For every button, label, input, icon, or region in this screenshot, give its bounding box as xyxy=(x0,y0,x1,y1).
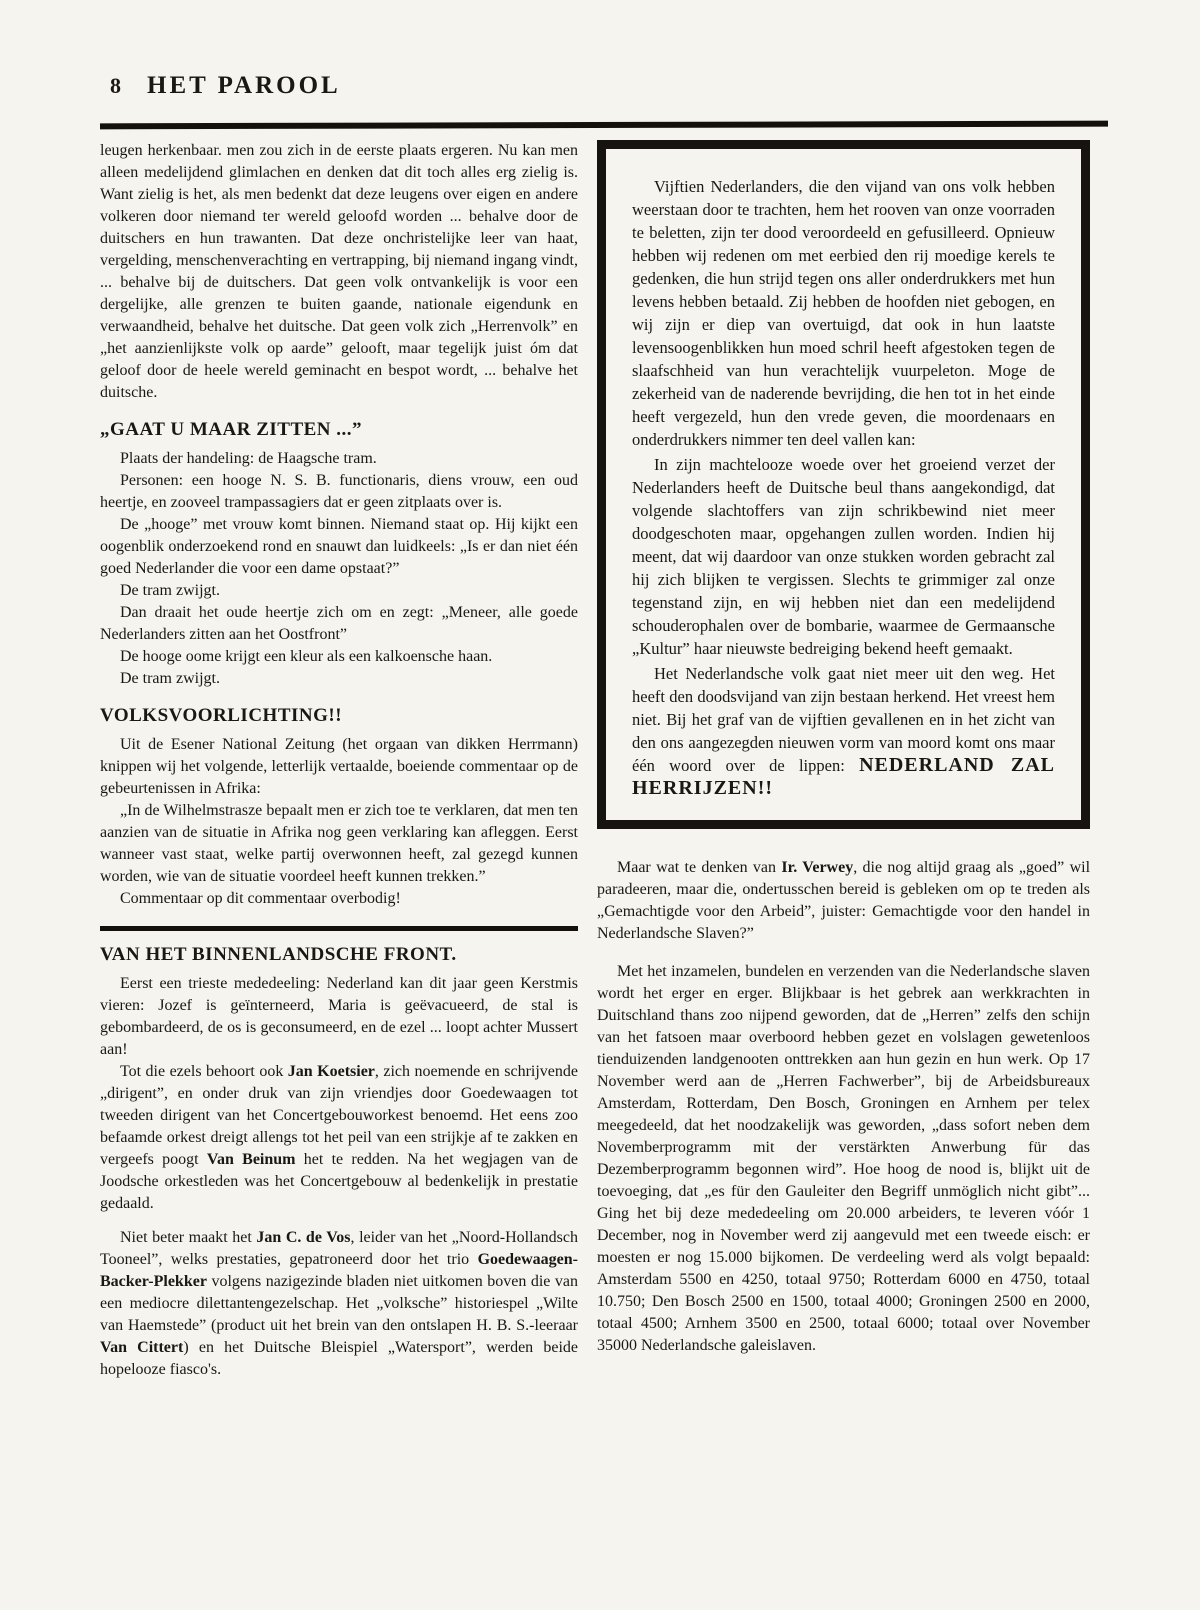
masthead-title: HET PAROOL xyxy=(147,72,341,100)
text-run: Tot die ezels behoort ook xyxy=(120,1063,288,1080)
name-jan-koetsier: Jan Koetsier xyxy=(288,1063,375,1080)
page-header: 8 HET PAROOL xyxy=(110,72,341,100)
paragraph-personen: Personen: een hooge N. S. B. functionari… xyxy=(100,470,578,514)
paragraph-vijftien-nederlanders: Vijftien Nederlanders, die den vijand va… xyxy=(632,175,1055,451)
paragraph-plaats: Plaats der handeling: de Haagsche tram. xyxy=(100,448,578,470)
paragraph-slavenhandel: Met het inzamelen, bundelen en verzenden… xyxy=(597,961,1090,1357)
paragraph-wilhelmstrasze-citaat: „In de Wilhelmstrasze bepaalt men er zic… xyxy=(100,800,578,888)
newspaper-page: 8 HET PAROOL leugen herkenbaar. men zou … xyxy=(0,0,1200,1610)
paragraph-machtelooze-woede: In zijn machtelooze woede over het groei… xyxy=(632,453,1055,660)
right-column: Vijftien Nederlanders, die den vijand va… xyxy=(597,140,1090,1357)
section-divider-rule xyxy=(100,926,578,931)
page-number: 8 xyxy=(110,73,121,99)
paragraph-koetsier: Tot die ezels behoort ook Jan Koetsier, … xyxy=(100,1061,578,1215)
memorial-boxed-article: Vijftien Nederlanders, die den vijand va… xyxy=(597,140,1090,829)
section-heading-volksvoorlichting: VOLKSVOORLICHTING!! xyxy=(100,704,578,728)
left-column: leugen herkenbaar. men zou zich in de ee… xyxy=(100,140,578,1381)
section-heading-gaat-u-maar-zitten: „GAAT U MAAR ZITTEN ...” xyxy=(100,418,578,442)
continuation-paragraph: leugen herkenbaar. men zou zich in de ee… xyxy=(100,140,578,404)
paragraph-commentaar-overbodig: Commentaar op dit commentaar overbodig! xyxy=(100,888,578,910)
text-run: Maar wat te denken van xyxy=(617,859,781,876)
name-ir-verwey: Ir. Verwey xyxy=(781,859,853,876)
name-van-beinum: Van Beinum xyxy=(207,1151,296,1168)
paragraph-verwey: Maar wat te denken van Ir. Verwey, die n… xyxy=(597,857,1090,945)
section-heading-binnenlandsche-front: VAN HET BINNENLANDSCHE FRONT. xyxy=(100,943,578,967)
name-van-cittert: Van Cittert xyxy=(100,1339,183,1356)
name-jan-c-de-vos: Jan C. de Vos xyxy=(256,1229,350,1246)
paragraph-tram-zwijgt-2: De tram zwijgt. xyxy=(100,668,578,690)
paragraph-kerstmis: Eerst een trieste mededeeling: Nederland… xyxy=(100,973,578,1061)
paragraph-tram-zwijgt-1: De tram zwijgt. xyxy=(100,580,578,602)
paragraph-esener-zeitung: Uit de Esener National Zeitung (het orga… xyxy=(100,734,578,800)
paragraph-de-vos: Niet beter maakt het Jan C. de Vos, leid… xyxy=(100,1227,578,1381)
paragraph-herrijzen: Het Nederlandsche volk gaat niet meer ui… xyxy=(632,662,1055,800)
paragraph-heertje: Dan draait het oude heertje zich om en z… xyxy=(100,602,578,646)
text-run: Niet beter maakt het xyxy=(120,1229,256,1246)
header-rule xyxy=(100,121,1108,130)
paragraph-kalkoensche-haan: De hooge oome krijgt een kleur als een k… xyxy=(100,646,578,668)
paragraph-hooge-binnen: De „hooge” met vrouw komt binnen. Nieman… xyxy=(100,514,578,580)
